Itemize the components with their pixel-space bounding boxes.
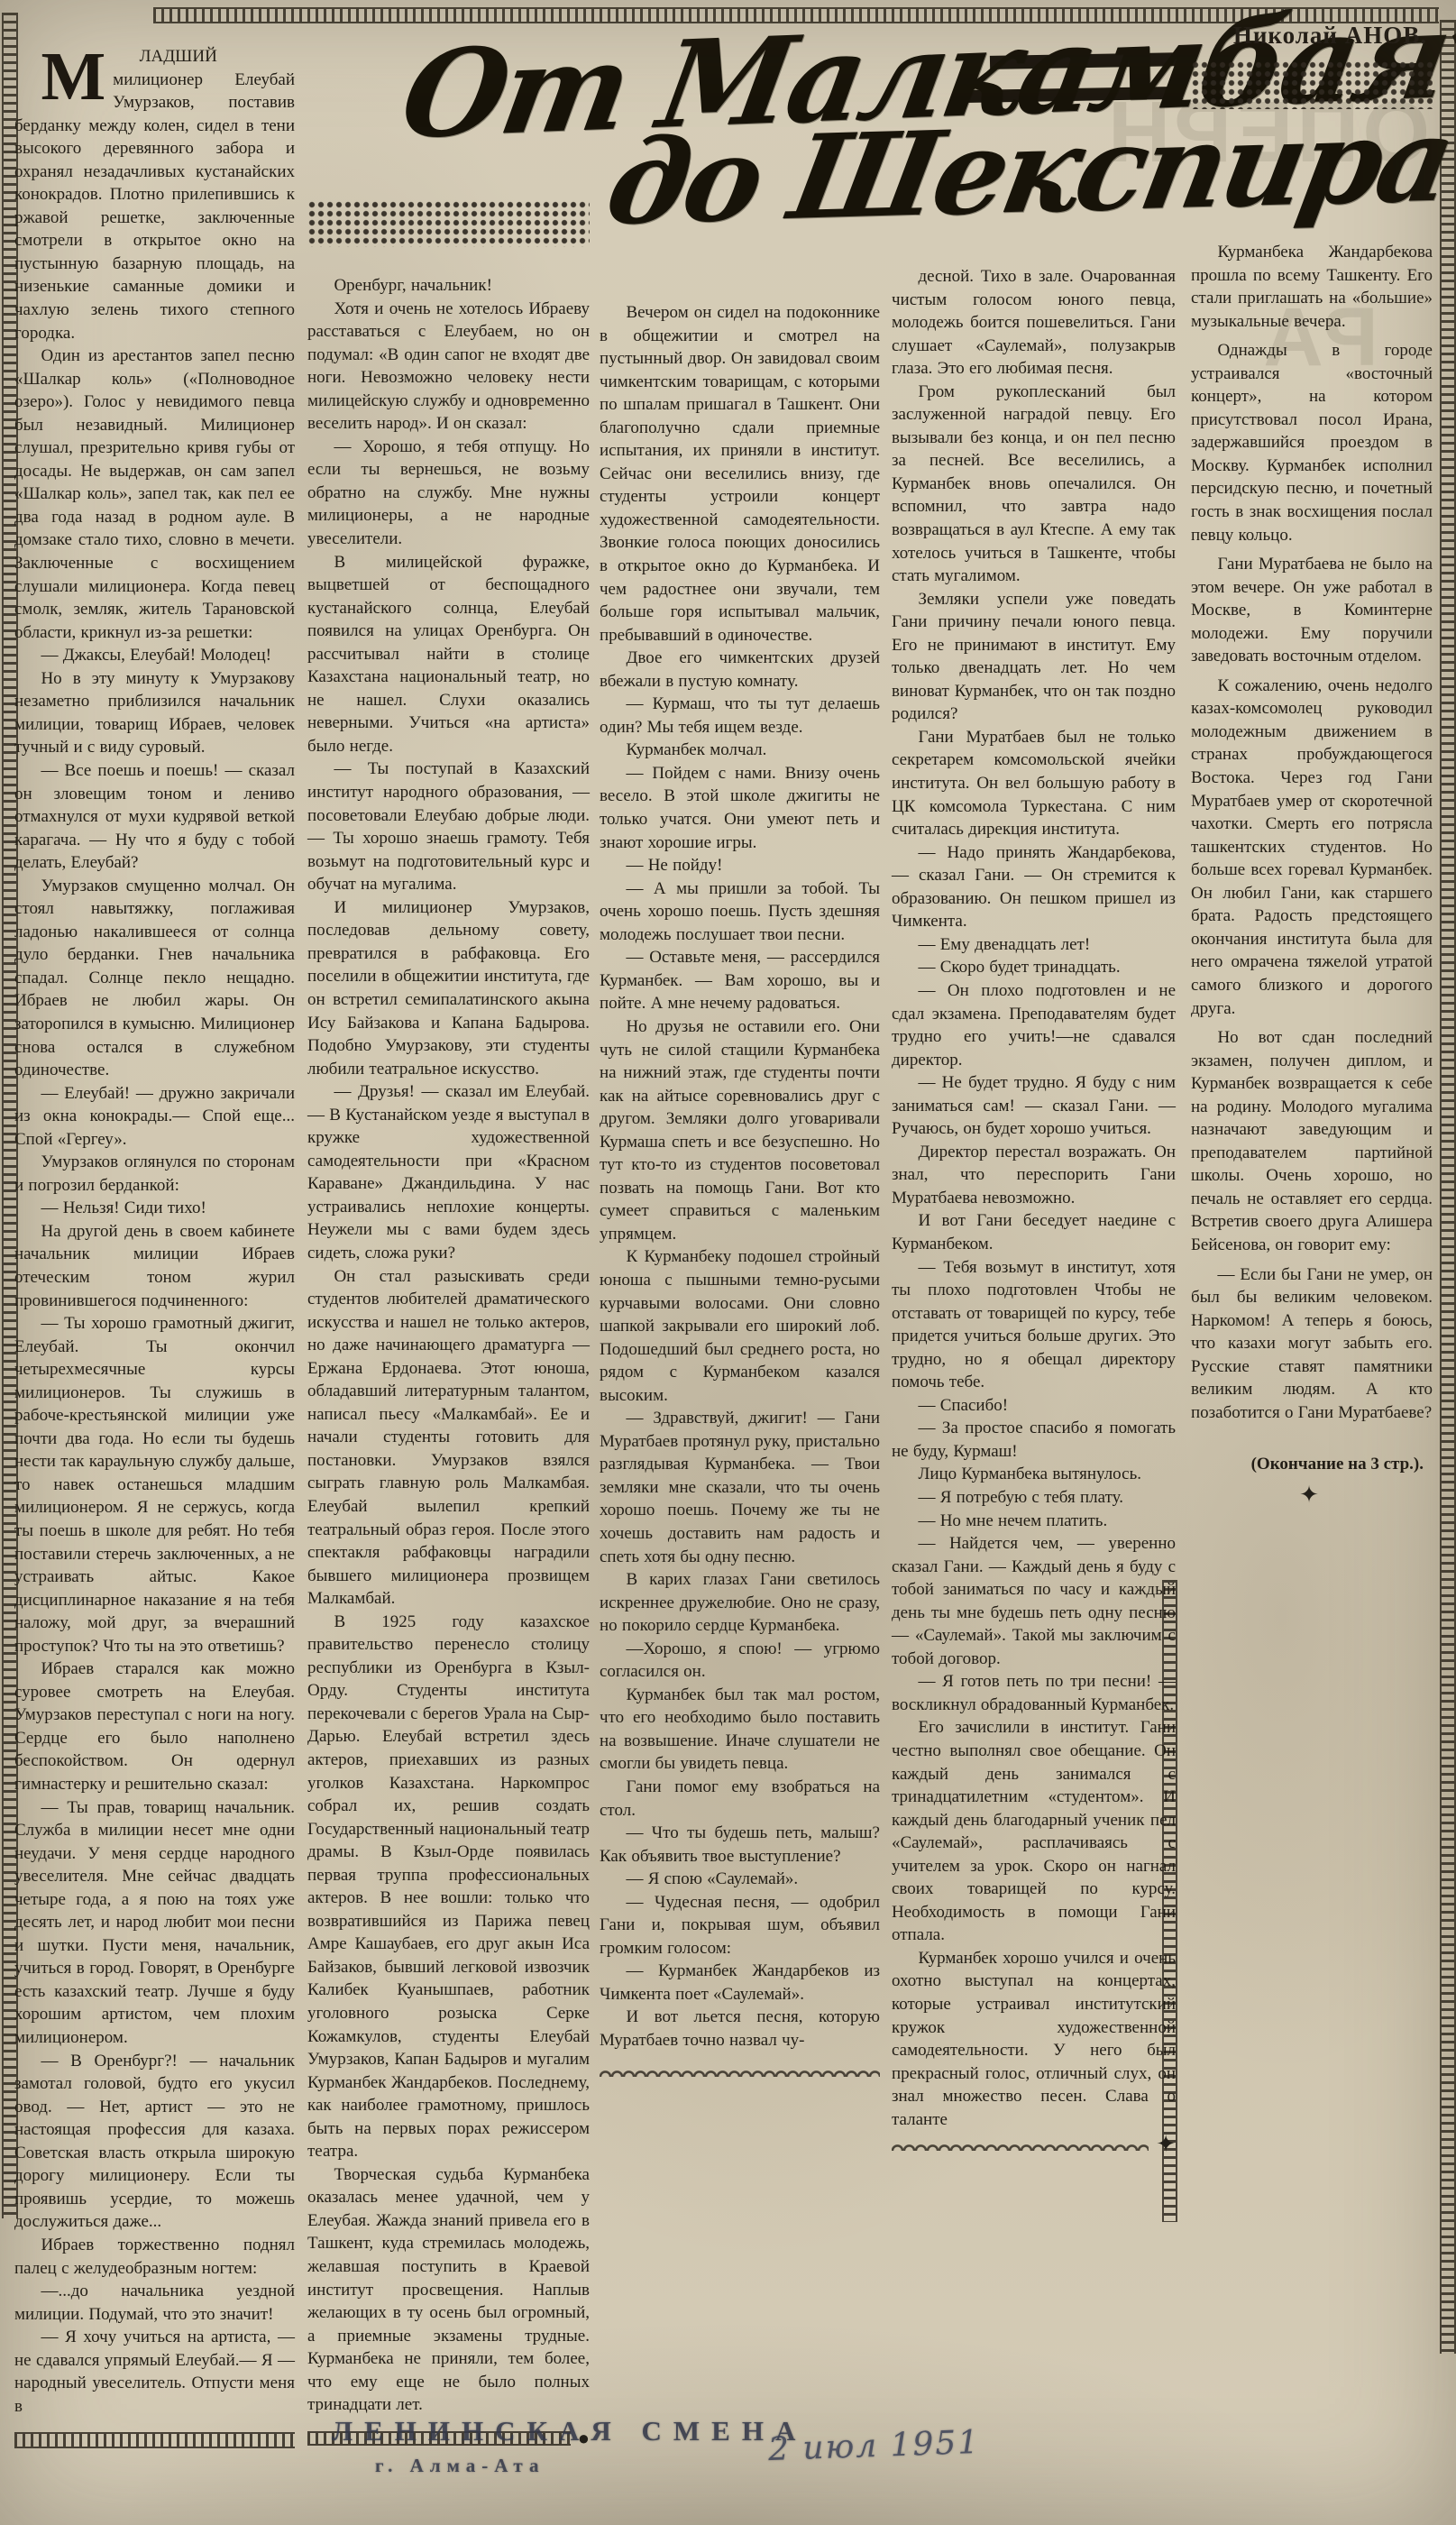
paragraph: — За простое спасибо я помогать не буду,… <box>892 1417 1176 1463</box>
paragraph: В милицейской фуражке, выцветшей от бесп… <box>307 551 590 758</box>
newspaper-name: ЛЕНИНСКАЯ СМЕНА <box>332 2415 807 2447</box>
paragraph: Вечером он сидел на подоконнике в общежи… <box>600 301 880 647</box>
paragraph: — Ты поступай в Казахский институт народ… <box>307 757 590 895</box>
paragraph: — Что ты будешь петь, малыш? Как объявит… <box>600 1822 880 1868</box>
paragraph: — Елеубай! — дружно закричали из окна ко… <box>14 1082 295 1152</box>
paragraph: На другой день в своем кабинете начальни… <box>14 1220 295 1312</box>
paragraph: В карих глазах Гани светилось искреннее … <box>600 1568 880 1638</box>
paragraph: Курманбек молчал. <box>600 739 880 762</box>
paragraph: — Курманбек Жандарбеков из Чимкента поет… <box>600 1960 880 2006</box>
newspaper-imprint: ЛЕНИНСКАЯ СМЕНА г. Алма-Ата <box>332 2415 807 2477</box>
paragraph: — Чудесная песня, — одобрил Гани и, покр… <box>600 1891 880 1960</box>
paragraph: — Скоро будет тринадцать. <box>892 956 1176 979</box>
paragraph: — Здравствуй, джигит! — Гани Муратбаев п… <box>600 1407 880 1568</box>
paragraph: Лицо Курманбека вытянулось. <box>892 1463 1176 1486</box>
flourish-star: ✦ <box>1299 1482 1324 1508</box>
paragraph: И вот Гани беседует наедине с Курманбеко… <box>892 1209 1176 1255</box>
paragraph: Оренбург, начальник! <box>307 274 590 298</box>
article-column-4: десной. Тихо в зале. Очарованная чистым … <box>892 265 1176 2158</box>
loop-strip <box>892 2139 1149 2151</box>
end-star: ✦ <box>1156 2131 1176 2158</box>
column-text: Курманбека Жандарбекова прошла по всему … <box>1191 241 1433 1424</box>
paragraph: Он стал разыскивать среди студентов люби… <box>307 1265 590 1611</box>
column-end-ornament <box>14 2432 295 2448</box>
paragraph: — В Оренбург?! — начальник замотал голов… <box>14 2050 295 2234</box>
paragraph: — Ему двенадцать лет! <box>892 933 1176 957</box>
article-column-2: Оренбург, начальник!Хотя и очень не хоте… <box>307 200 590 2446</box>
paragraph: Курманбека Жандарбекова прошла по всему … <box>1191 241 1433 333</box>
paragraph: Один из арестантов запел песню «Шалкар к… <box>14 344 295 644</box>
column-text: МЛАДШИЙ милиционер Елеубай Умурзаков, по… <box>14 45 295 2418</box>
paragraph: — Если бы Гани не умер, он был бы велики… <box>1191 1263 1433 1425</box>
paragraph: — Пойдем с нами. Внизу очень весело. В э… <box>600 762 880 854</box>
paragraph: — Я спою «Саулемай». <box>600 1868 880 1891</box>
paragraph: Творческая судьба Курманбека оказалась м… <box>307 2163 590 2417</box>
paragraph: — Спасибо! <box>892 1394 1176 1418</box>
paragraph: Умурзаков смущенно молчал. Он стоял навы… <box>14 875 295 1082</box>
paragraph: — Хорошо, я тебя отпущу. Но если ты верн… <box>307 436 590 551</box>
paragraph: Гани помог ему взобраться на стол. <box>600 1776 880 1822</box>
paragraph: — Я готов петь по три песни! — воскликну… <box>892 1670 1176 1716</box>
paragraph: — Не будет трудно. Я буду с ним занимать… <box>892 1071 1176 1141</box>
paragraph: И вот льется песня, которую Муратбаев то… <box>600 2006 880 2052</box>
end-flourish: ✦ <box>1191 1482 1433 1509</box>
column-end-ornament <box>600 2065 880 2077</box>
article-column-1: МЛАДШИЙ милиционер Елеубай Умурзаков, по… <box>14 45 295 2448</box>
paragraph: МЛАДШИЙ милиционер Елеубай Умурзаков, по… <box>14 45 295 344</box>
paragraph: — Нельзя! Сиди тихо! <box>14 1197 295 1220</box>
paragraph: В 1925 году казахское правительство пере… <box>307 1611 590 2163</box>
paragraph: Но друзья не оставили его. Они чуть не с… <box>600 1015 880 1245</box>
column-text: десной. Тихо в зале. Очарованная чистым … <box>892 265 1176 2131</box>
paragraph: десной. Тихо в зале. Очарованная чистым … <box>892 265 1176 381</box>
paragraph: — Надо принять Жандарбекова, — сказал Га… <box>892 841 1176 933</box>
paragraph: — Ты хорошо грамотный джигит, Елеубай. Т… <box>14 1312 295 1657</box>
paragraph: — Ты прав, товарищ начальник. Служба в м… <box>14 1796 295 2050</box>
paragraph: —...до начальника уездной милиции. Подум… <box>14 2280 295 2326</box>
halftone-bar <box>1191 60 1433 109</box>
paragraph: —Хорошо, я спою! — угрюмо согласился он. <box>600 1638 880 1684</box>
right-border-ornament <box>1440 20 1456 2354</box>
paragraph: Директор перестал возражать. Он знал, чт… <box>892 1141 1176 1210</box>
paragraph: Умурзаков оглянулся по сторонам и погроз… <box>14 1151 295 1197</box>
paragraph: Но вот сдан последний экзамен, получен д… <box>1191 1026 1433 1256</box>
paragraph: — Но мне нечем платить. <box>892 1510 1176 1533</box>
article-column-3: Вечером он сидел на подоконнике в общежи… <box>600 301 880 2077</box>
halftone-bar <box>307 200 590 247</box>
paragraph: К Курманбеку подошел стройный юноша с пы… <box>600 1245 880 1407</box>
paragraph: И милиционер Умурзаков, последовав дельн… <box>307 896 590 1080</box>
paragraph: К сожалению, очень недолго казах-комсомо… <box>1191 675 1433 1020</box>
author-byline: Николай АНОВ. <box>1191 22 1433 50</box>
paragraph: Гром рукоплесканий был заслуженной награ… <box>892 381 1176 588</box>
article-column-5: Николай АНОВ. Курманбека Жандарбекова пр… <box>1191 22 1433 1509</box>
paragraph: — Джаксы, Елеубай! Молодец! <box>14 644 295 667</box>
column-end-ornament: ✦ <box>892 2131 1176 2158</box>
paragraph: — Не пойду! <box>600 854 880 877</box>
paragraph: — Я хочу учиться на артиста, — не сдавал… <box>14 2326 295 2418</box>
newspaper-city: г. Алма-Ата <box>375 2455 807 2477</box>
column-text: Вечером он сидел на подоконнике в общежи… <box>600 301 880 2052</box>
paragraph: — Я потребую с тебя плату. <box>892 1486 1176 1510</box>
paragraph: — А мы пришли за тобой. Ты очень хорошо … <box>600 877 880 947</box>
paragraph: — Друзья! — сказал им Елеубай. — В Куста… <box>307 1080 590 1264</box>
continuation-note: (Окончание на 3 стр.). <box>1191 1455 1433 1474</box>
paragraph: Земляки успели уже поведать Гани причину… <box>892 588 1176 726</box>
paragraph: Но в эту минуту к Умурзакову незаметно п… <box>14 667 295 759</box>
paragraph: — Оставьте меня, — рассердился Курманбек… <box>600 946 880 1015</box>
paragraph: Ибраев старался как можно суровее смотре… <box>14 1657 295 1795</box>
paragraph: — Курмаш, что ты тут делаешь один? Мы те… <box>600 693 880 739</box>
newspaper-page: ОПЕРН РА От Малкамбая” — до Шекспира МЛА… <box>0 0 1456 2525</box>
column-text: Оренбург, начальник!Хотя и очень не хоте… <box>307 274 590 2417</box>
paragraph: Курманбек хорошо учился и очень охотно в… <box>892 1947 1176 2131</box>
paragraph: Гани Муратбаева не было на этом вечере. … <box>1191 553 1433 668</box>
paragraph: — Все поешь и поешь! — сказал он зловещи… <box>14 759 295 875</box>
paragraph: Ибраев торжественно поднял палец с желуд… <box>14 2234 295 2280</box>
paragraph: Гани Муратбаев был не только секретарем … <box>892 726 1176 841</box>
paragraph: Хотя и очень не хотелось Ибраеву расстав… <box>307 298 590 436</box>
paragraph: Двое его чимкентских друзей вбежали в пу… <box>600 647 880 693</box>
paragraph: Курманбек был так мал ростом, что его не… <box>600 1684 880 1776</box>
paragraph: Однажды в городе устраивался «восточный … <box>1191 339 1433 546</box>
paragraph: — Он плохо подготовлен и не сдал экзамен… <box>892 979 1176 1071</box>
paragraph: — Тебя возьмут в институт, хотя ты плохо… <box>892 1256 1176 1394</box>
paragraph: Его зачислили в институт. Гани честно вы… <box>892 1716 1176 1946</box>
date-stamp: 2 июл 1951 <box>767 2424 981 2468</box>
paragraph: — Найдется чем, — уверенно сказал Гани. … <box>892 1532 1176 1670</box>
